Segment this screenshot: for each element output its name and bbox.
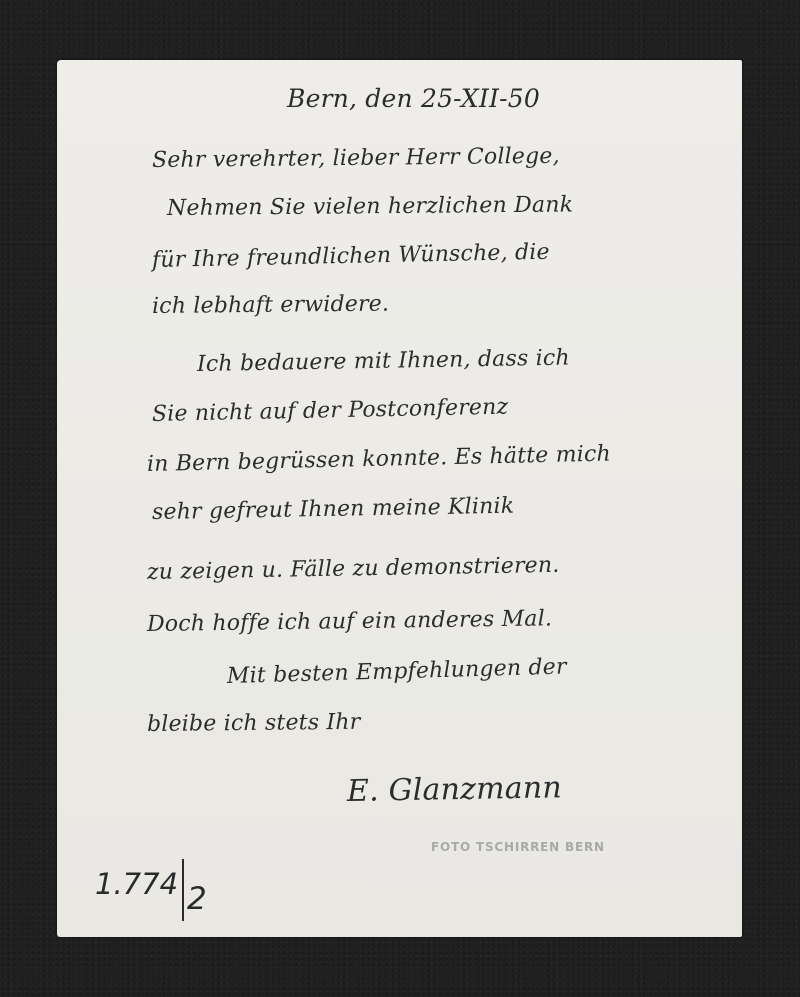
letter-card: Bern, den 25-XII-50 Sehr verehrter, lieb… [57,60,742,937]
letter-dateline: Bern, den 25-XII-50 [287,84,540,113]
letter-line: in Bern begrüssen konnte. Es hätte mich [147,441,611,477]
letter-line: Sie nicht auf der Postconferenz [152,395,509,427]
letter-line: sehr gefreut Ihnen meine Klinik [152,494,515,525]
letter-line: Ich bedauere mit Ihnen, dass ich [197,345,570,377]
letter-line: zu zeigen u. Fälle zu demonstrieren. [147,553,560,585]
archive-divider [182,859,184,921]
archive-number: 1.774 2 [95,865,207,915]
letter-line: ich lebhaft erwidere. [152,292,389,319]
letter-line: Mit besten Empfehlungen der [227,655,567,689]
archive-subnumber: 2 [187,881,207,917]
letter-line: bleibe ich stets Ihr [147,710,361,737]
archive-main-number: 1.774 [95,867,178,901]
letter-salutation: Sehr verehrter, lieber Herr College, [152,144,560,173]
photographer-stamp: FOTO TSCHIRREN BERN [431,840,605,854]
letter-line: für Ihre freundlichen Wünsche, die [152,240,550,273]
signature: E. Glanzmann [347,770,563,809]
letter-line: Nehmen Sie vielen herzlichen Dank [167,192,573,221]
letter-line: Doch hoffe ich auf ein anderes Mal. [147,606,552,637]
